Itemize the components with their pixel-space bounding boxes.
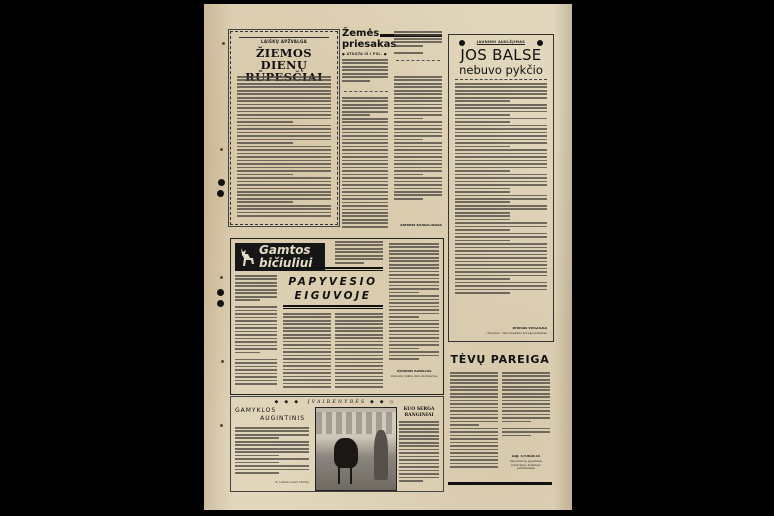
- binding-hole: [217, 300, 224, 307]
- divider: [344, 91, 388, 92]
- article-body: [455, 83, 547, 323]
- title-line: RANGINIAI: [397, 413, 441, 419]
- article-papyvesio: Gamtos bičiuliui PAPYVESIO EIGUVOJE: [230, 238, 444, 395]
- diamond-icons: ◆◆◇: [370, 399, 400, 405]
- article-subtitle: nebuvo pykčio: [449, 64, 553, 76]
- article-title: TĖVŲ PAREIGA: [446, 354, 554, 366]
- divider: [239, 37, 329, 38]
- article-photo: [315, 407, 397, 491]
- article-body-col1: [342, 97, 388, 231]
- section-header: ◆◆◆ ĮVAIRENYBĖS ◆◆◇: [231, 399, 443, 405]
- animal-leg: [350, 466, 352, 484]
- article-body-col2: [394, 76, 442, 222]
- decorative-rule: [283, 267, 383, 269]
- article-ziemos: LAIŠKŲ APŽVALGA ŽIEMOS DIENŲ RŪPESČIAI: [230, 31, 338, 225]
- decorative-rule: [448, 482, 552, 485]
- article-body-col2: [502, 372, 550, 440]
- title-line: ŽIEMOS DIENŲ: [231, 47, 337, 71]
- subarticle-title: KUO SERGA RANGINIAI: [397, 407, 441, 419]
- paper-speck: [221, 360, 224, 363]
- article-title: Žemės priesakas: [342, 28, 388, 50]
- divider: [455, 79, 547, 80]
- article-body-col1: [235, 275, 277, 391]
- article-byline: Antanas KRIAUČIŪNAS: [398, 224, 442, 230]
- dateline: ● ATSILTA IŠ I PSL. ●: [342, 52, 390, 56]
- diamond-icons: ◆◆◆: [275, 399, 305, 405]
- binding-hole: [217, 190, 224, 197]
- article-body-col3: [335, 313, 383, 391]
- article-ivairenybes: ◆◆◆ ĮVAIRENYBĖS ◆◆◇ GAMYKLOS AUGINTINIS …: [230, 396, 444, 492]
- article-body-col3-top: [335, 241, 383, 265]
- article-tevu-pareiga: TĖVŲ PAREIGA Alg. STORASTA Skuodiečių ap…: [446, 354, 554, 494]
- animal-leg: [338, 466, 340, 484]
- subarticle-body: [235, 427, 309, 477]
- article-title: JOS BALSE: [449, 48, 553, 63]
- article-title: PAPYVESIO EIGUVOJE: [283, 275, 383, 303]
- paper-speck: [222, 42, 225, 45]
- decorative-rule: [283, 308, 383, 309]
- newspaper-page: LAIŠKŲ APŽVALGA ŽIEMOS DIENŲ RŪPESČIAI Ž…: [204, 4, 572, 510]
- divider: [396, 60, 440, 61]
- title-line: AUGINTINIS: [235, 415, 305, 423]
- article-byline-note: Zelionių miškų ūkio inžinierius: [389, 375, 439, 384]
- section-title: ĮVAIRENYBĖS: [308, 399, 367, 405]
- paper-speck: [220, 276, 223, 279]
- paper-speck: [220, 148, 223, 151]
- title-line: priesakas: [342, 39, 388, 50]
- title-line: EIGUVOJE: [283, 289, 383, 303]
- article-kicker: JAUNIMO AUKLĖJIMAS: [469, 40, 533, 44]
- article-intro: [342, 59, 388, 89]
- person-figure: [374, 430, 388, 480]
- subarticle-body: [399, 421, 439, 487]
- article-jos-balse: JAUNIMO AUKLĖJIMAS JOS BALSE nebuvo pykč…: [448, 34, 554, 342]
- article-body-col1: [450, 372, 498, 476]
- deer-icon: [238, 246, 256, 268]
- article-body-col4: [389, 243, 439, 367]
- subarticle-title: GAMYKLOS AUGINTINIS: [235, 407, 305, 423]
- photo-credit: R. Lizdžio nuotr. (ELTA): [235, 481, 309, 486]
- article-body-col2: [283, 313, 331, 391]
- article-body: [237, 76, 331, 221]
- article-zemes: Žemės priesakas ● ATSILTA IŠ I PSL. ● An…: [342, 28, 442, 233]
- article-body-col2-top: [394, 31, 442, 55]
- binding-hole: [218, 179, 225, 186]
- article-kicker: LAIŠKŲ APŽVALGA: [231, 39, 337, 44]
- decorative-rule: [283, 270, 383, 271]
- decorative-rule: [283, 305, 383, 307]
- animal-figure: [334, 438, 358, 468]
- article-byline-note: Skuodiečių apylinkės vykdomojo komiteto …: [504, 460, 548, 472]
- title-line: GAMYKLOS: [235, 407, 305, 415]
- paper-speck: [220, 424, 223, 427]
- title-line: PAPYVESIO: [283, 275, 383, 289]
- binding-hole: [217, 289, 224, 296]
- article-byline-note: „Tėvynės“ visuomeninis korespondentas: [455, 332, 547, 337]
